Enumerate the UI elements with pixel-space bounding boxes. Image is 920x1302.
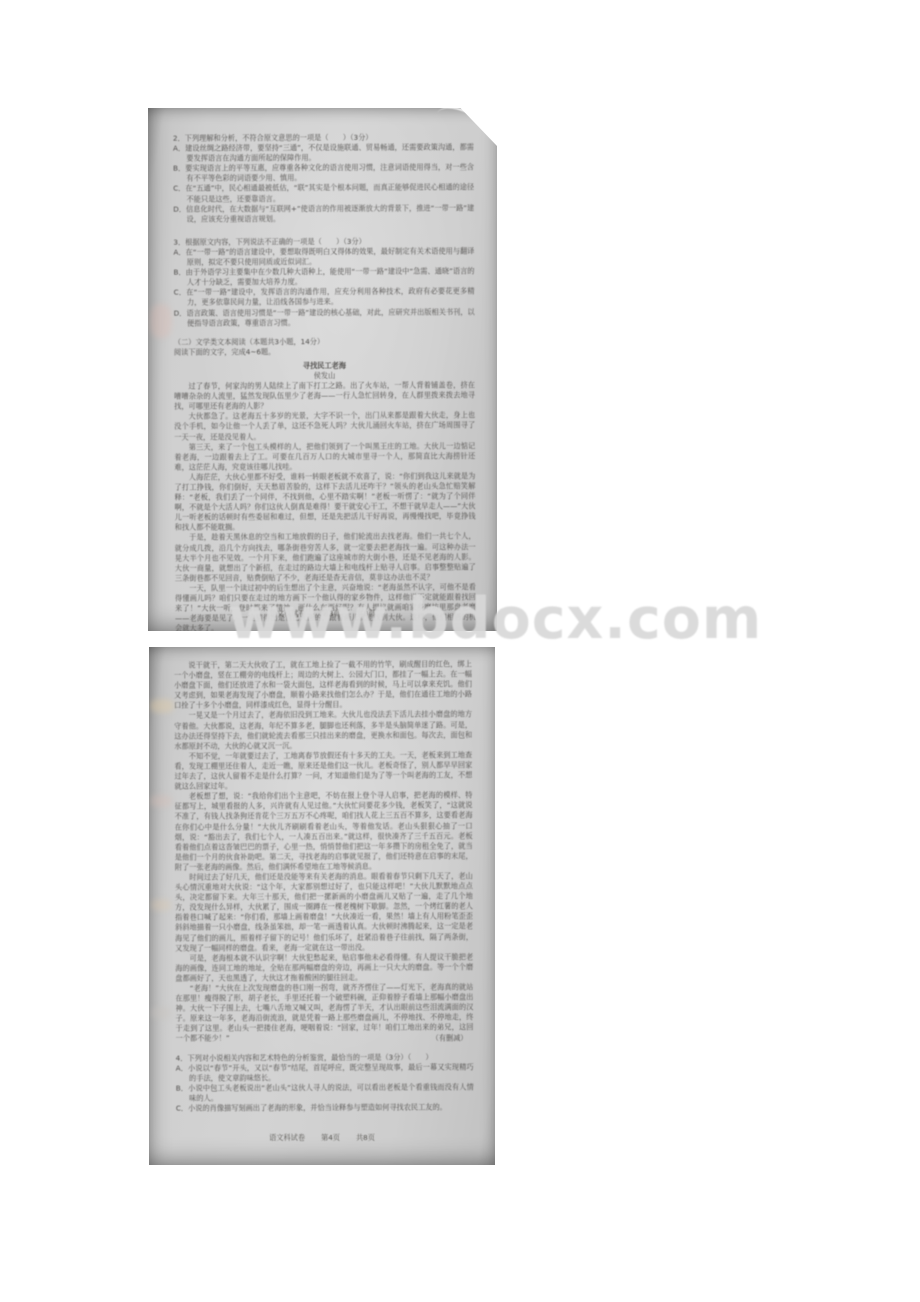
scanned-page-2: 说干就干，第二天大伙收了工，就在工地上捡了一截不用的竹竿，刷成醒目的红色，绑上一… xyxy=(149,647,495,1165)
question-3-option-b: B．由于外语学习主要集中在少数几种大语种上，能使用“一带一路”建设中“急需、通晓… xyxy=(174,266,475,288)
question-2-option-b: B．要实现语言上的平等互惠，应尊重各种文化的语言使用习惯，注意词语使用得当，对一… xyxy=(173,163,474,185)
scanned-page-2-text: 说干就干，第二天大伙收了工，就在工地上捡了一截不用的竹竿，刷成醒目的红色，绑上一… xyxy=(174,659,474,1165)
story-paragraph: 可是，老海根本就不认识字啊！大伙犯愁起来，贴启事他未必看得懂。有人提议干脆把老海… xyxy=(175,952,473,984)
story-paragraph: 第三天，来了一个包工头模样的人，把他们领到了一个叫黑王庄的工地。大伙儿一边惦记着… xyxy=(174,441,475,473)
scanned-page-1-text: 2．下列理解和分析，不符合原文意思的一项是（ ）（3分） A．建设丝绸之路经济带… xyxy=(173,132,476,631)
question-2-option-d: D．信息化时代，在大数据与“互联网+”使语言的作用被逐渐放大的背景下，推进“一带… xyxy=(173,203,474,225)
story-paragraph: 说干就干，第二天大伙收了工，就在工地上捡了一截不用的竹竿，刷成醒目的红色，绑上一… xyxy=(174,659,472,711)
footer-page-number: 第4页 xyxy=(321,1133,340,1143)
page-2-footer: 语文科试卷 第4页 共8页 xyxy=(149,1133,495,1143)
document-preview-page: 2．下列理解和分析，不符合原文意思的一项是（ ）（3分） A．建设丝绸之路经济带… xyxy=(0,0,920,1302)
scanned-page-1: 2．下列理解和分析，不符合原文意思的一项是（ ）（3分） A．建设丝绸之路经济带… xyxy=(148,108,497,631)
scan-smudge xyxy=(150,699,174,713)
scan-smudge xyxy=(151,899,171,911)
footer-page-total: 共8页 xyxy=(356,1133,375,1143)
question-2-option-a: A．建设丝绸之路经济带，要坚持“三通”，不仅是设施联通、贸易畅通，还需要政策沟通… xyxy=(173,142,474,164)
scan-smudge xyxy=(151,1007,171,1019)
story-paragraph: 过了春节，何家沟的男人陆续上了南下打工之路。出了火车站，一帮人背着铺盖卷，挤在嘈… xyxy=(174,380,475,412)
story-paragraph: 时间过去了好几天，他们还是没能等来有关老海的消息。眼看着春节只剩下几天了，老山头… xyxy=(175,871,473,953)
question-4-option-b: B．小说中包工头老板说出“老山头”这伙人寻人的说法，可以看出老板是个看重钱而没有… xyxy=(176,1082,474,1103)
question-4-option-a: A．小说以“春节”开头，又以“春节”结尾，首尾呼应，既完整呈现故事，最后一幕又实… xyxy=(176,1062,474,1083)
question-3-option-c: C．在“一带一路”建设中，发挥语言的沟通作用，应充分利用各种技术，政府有必要花更… xyxy=(174,287,475,309)
story-paragraph: 人海茫茫，大伙心里都不好受，谁料一转眼老板就不欢喜了，说：“你们到我这儿来就是为… xyxy=(174,471,475,533)
story-paragraph: 于是，趁着天黑休息的空当和工地放假的日子，他们轮流出去找老海。他们一共七个人，就… xyxy=(175,532,476,584)
question-2-option-c: C．在“五通”中，民心相通最被低估，“联”其实是个根本问题，而真正能够促进民心相… xyxy=(173,183,474,205)
story-paragraph: 老板想了想，说：“我给你们出个主意吧，不妨在报上登个寻人启事，把老海的模样、特征… xyxy=(174,791,472,873)
story-paragraph: 不知不觉，一年就要过去了，工地离春节放假还有十多天的工夫。一天，老板来到工地查看… xyxy=(174,750,472,792)
scan-smudge xyxy=(150,795,172,807)
story-paragraph: 大伙都急了。这老海五十多岁的光景，大字不识一个，出门从来都是跟着大伙走，身上也没… xyxy=(174,411,475,443)
scan-smudge xyxy=(150,304,172,338)
question-3-option-a: A．在“一带一路”的语言建设中，要想取得既明白又得体的效果，最好制定有关术语使用… xyxy=(173,246,474,268)
question-4-option-c: C．小说的肖像描写刻画出了老海的形象，并恰当诠释参与塑造如何寻找农民工友的。 xyxy=(176,1102,474,1113)
footer-paper-name: 语文科试卷 xyxy=(269,1133,305,1143)
question-3-option-d: D．语言政策、语言使用习惯是“一带一路”建设的核心基础，对此，应研究并出版相关书… xyxy=(174,307,475,329)
watermark-text: www.bdocx.com xyxy=(228,586,762,652)
story-paragraph: 一晃又是一个月过去了，老海依旧没到工地来。大伙儿也没法丢下活儿去挂小磨盘的地方守… xyxy=(174,710,472,752)
